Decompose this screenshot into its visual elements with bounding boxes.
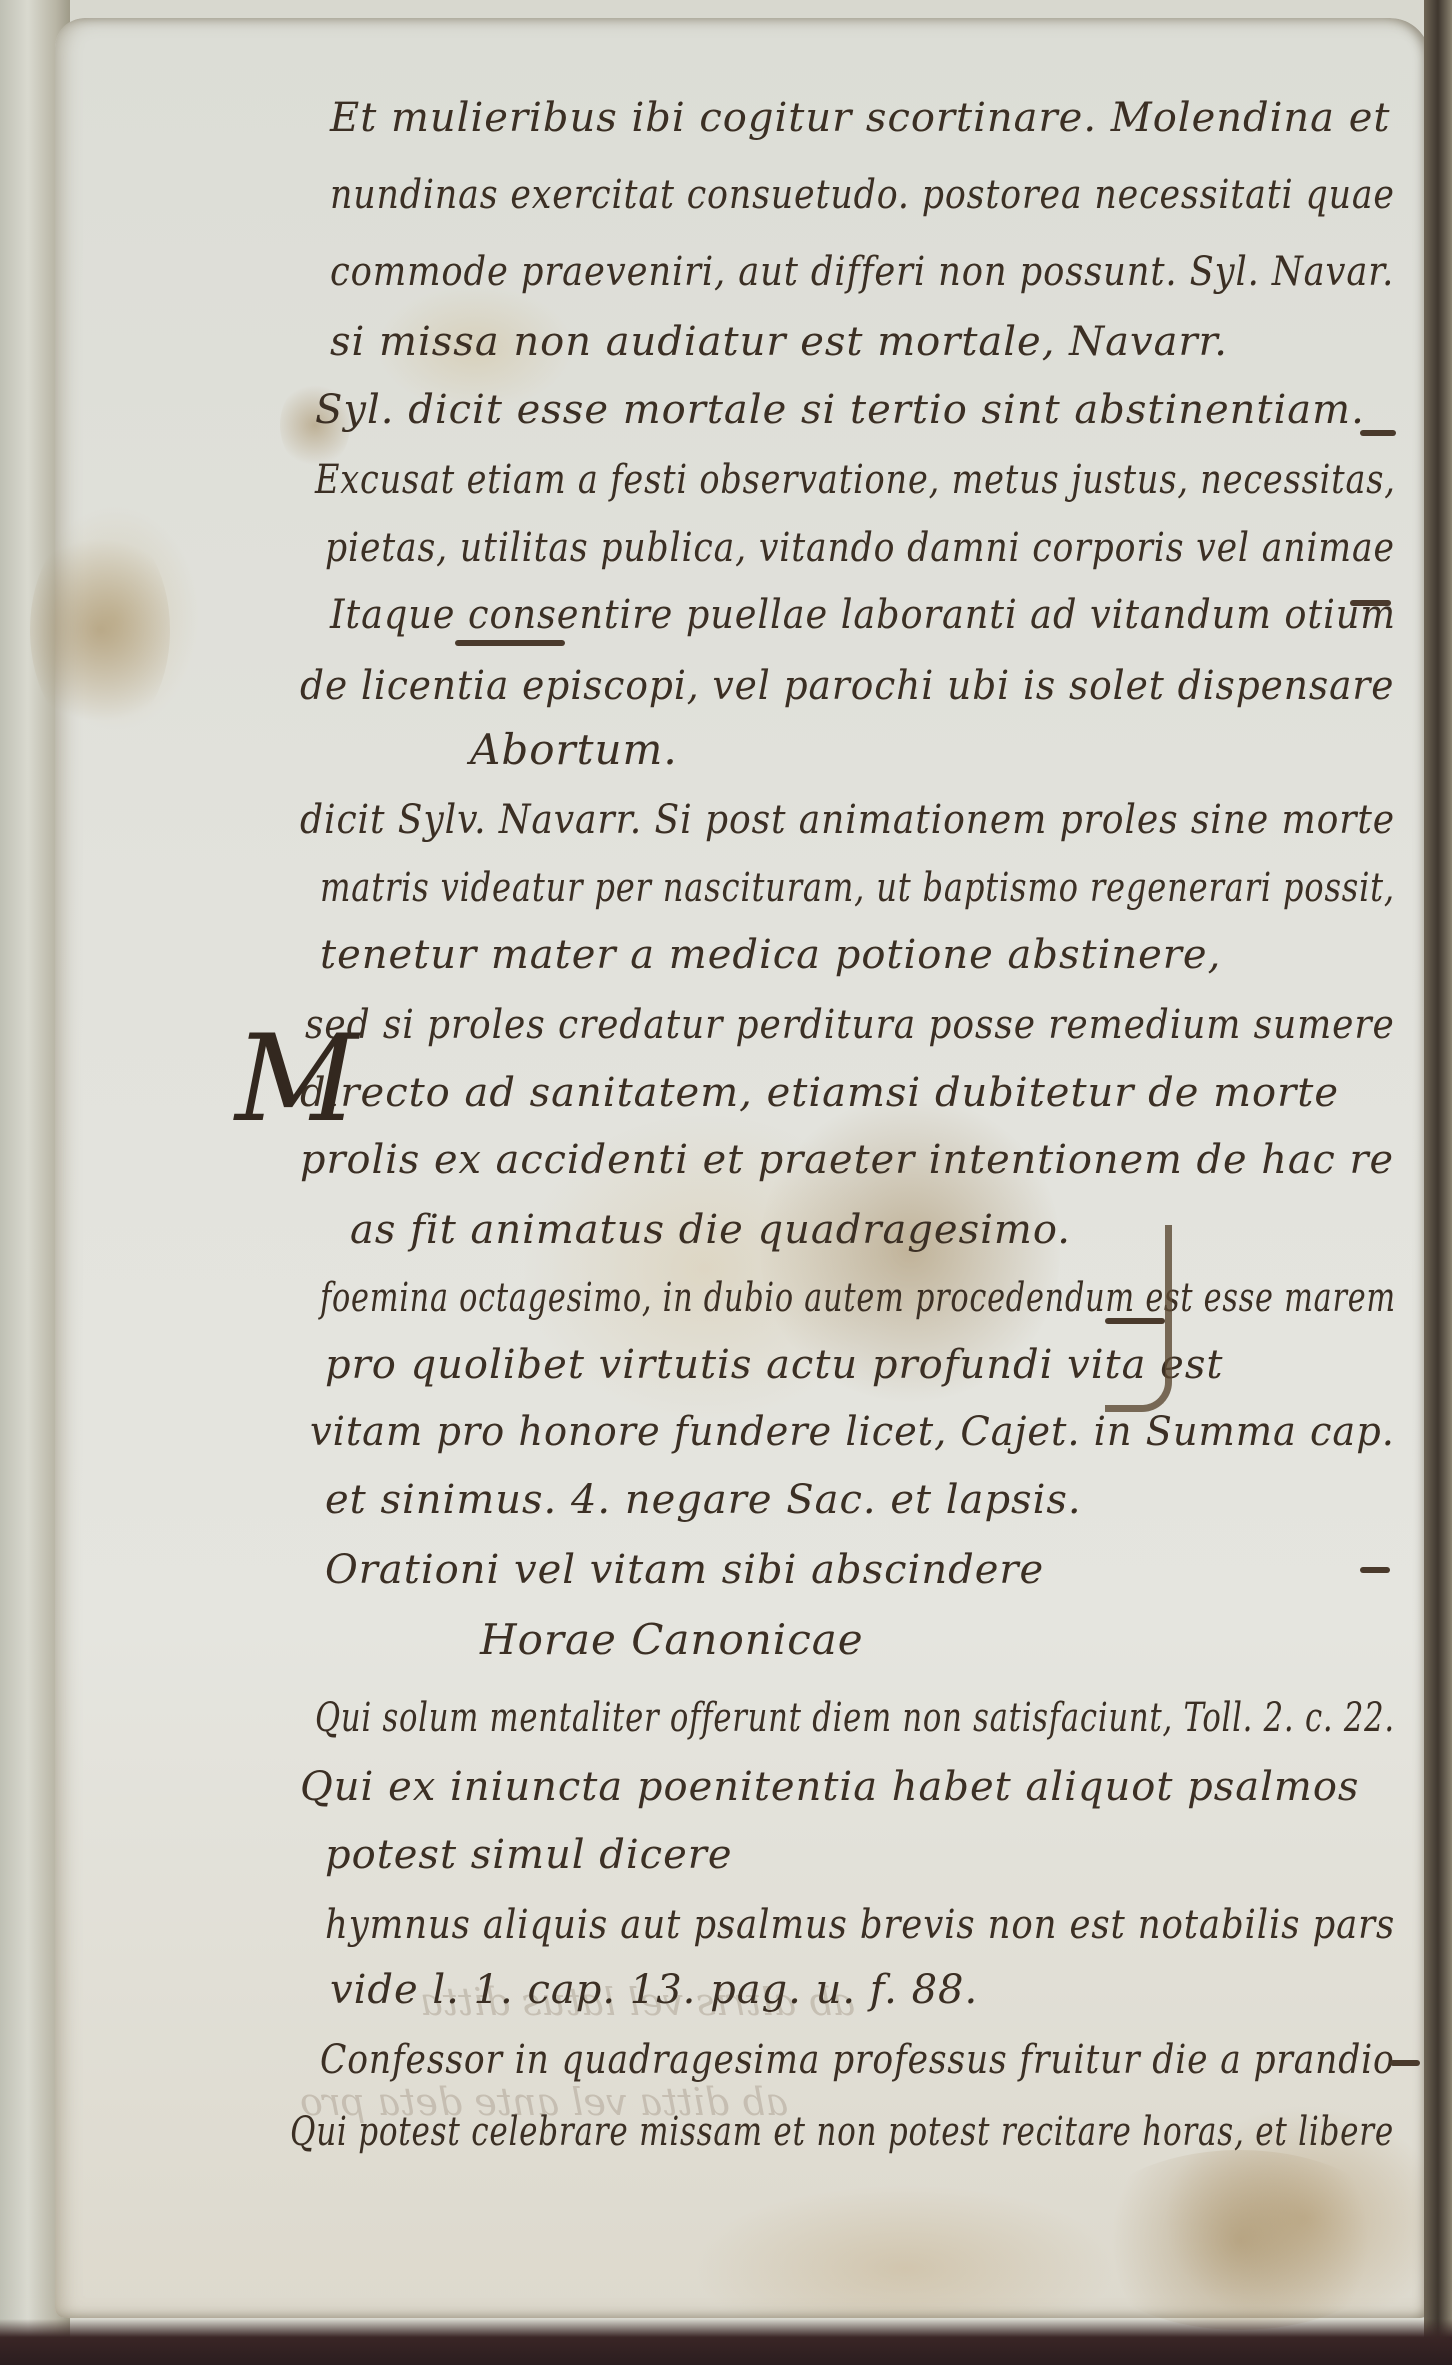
heading-overline (455, 640, 565, 646)
text-line: commode praeveniri, aut differi non poss… (330, 249, 1394, 295)
right-gutter (1424, 0, 1452, 2365)
text-line: pro quolibet virtutis actu profundi vita… (325, 1342, 1223, 1388)
text-line: matris videatur per nascituram, ut bapti… (320, 865, 1395, 911)
text-line: vide l. 1. cap. 13. pag. u. f. 88. (330, 1967, 978, 2013)
text-line: Orationi vel vitam sibi abscindere (325, 1547, 1044, 1593)
text-line: sed si proles credatur perditura posse r… (305, 1002, 1395, 1048)
text-line: Qui solum mentaliter offerunt diem non s… (315, 1695, 1395, 1741)
text-line: pietas, utilitas publica, vitando damni … (325, 525, 1395, 571)
text-line: potest simul dicere (325, 1832, 733, 1878)
text-line: Qui potest celebrare missam et non potes… (290, 2109, 1394, 2155)
text-line: Syl. dicit esse mortale si tertio sint a… (315, 387, 1365, 433)
text-line: de licentia episcopi, vel parochi ubi is… (300, 663, 1394, 709)
text-line: Qui ex iniuncta poenitentia habet aliquo… (300, 1764, 1359, 1810)
text-line: Excusat etiam a festi observatione, metu… (315, 457, 1396, 503)
manuscript-scan: ab altris vel latus ditta ab ditta vel a… (0, 0, 1452, 2365)
line-filler-flourish (1360, 1567, 1390, 1573)
text-line: as fit animatus die quadragesimo. (350, 1207, 1071, 1253)
section-heading-horae-canonicae: Horae Canonicae (480, 1615, 864, 1664)
text-line: Et mulieribus ibi cogitur scortinare. Mo… (330, 95, 1391, 141)
section-heading-abortum: Abortum. (470, 725, 678, 774)
text-line: dicit Sylv. Navarr. Si post animationem … (300, 797, 1395, 843)
text-line: Itaque consentire puellae laboranti ad v… (330, 592, 1396, 638)
text-line: Confessor in quadragesima professus frui… (320, 2037, 1395, 2083)
decorated-initial-m: M (235, 1020, 358, 1140)
text-line: directo ad sanitatem, etiamsi dubitetur … (300, 1070, 1339, 1116)
text-block: Et mulieribus ibi cogitur scortinare. Mo… (0, 0, 1452, 2365)
line-filler-flourish (1355, 600, 1391, 606)
text-line: foemina octagesimo, in dubio autem proce… (320, 1275, 1396, 1321)
text-line: et sinimus. 4. negare Sac. et lapsis. (325, 1477, 1082, 1523)
text-line: nundinas exercitat consuetudo. postorea … (330, 172, 1395, 218)
line-filler-flourish (1105, 1318, 1165, 1324)
bottom-edge (0, 2319, 1452, 2365)
text-line: tenetur mater a medica potione abstinere… (320, 932, 1221, 978)
text-line: hymnus aliquis aut psalmus brevis non es… (325, 1902, 1395, 1948)
text-line: si missa non audiatur est mortale, Navar… (330, 319, 1228, 365)
line-filler-flourish (1390, 2060, 1420, 2066)
text-line: vitam pro honore fundere licet, Cajet. i… (310, 1409, 1395, 1455)
line-filler-flourish (1360, 430, 1396, 436)
text-line: prolis ex accidenti et praeter intention… (300, 1137, 1394, 1183)
